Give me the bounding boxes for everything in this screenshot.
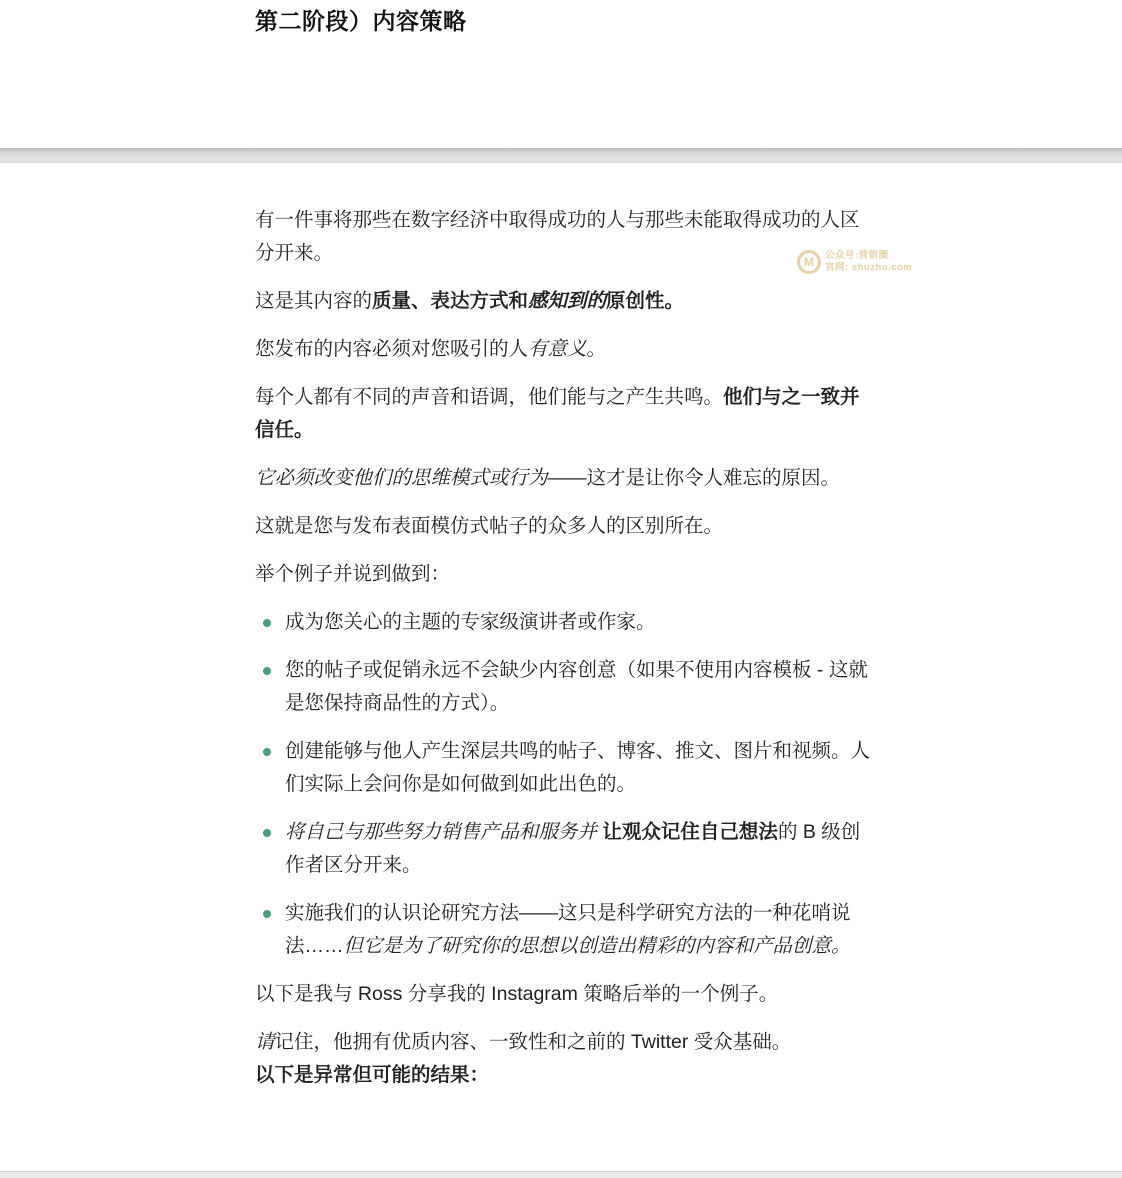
text-run: 有意义 xyxy=(528,338,587,360)
paragraph: 有一件事将那些在数字经济中取得成功的人与那些未能取得成功的人区分开来。 xyxy=(255,204,873,270)
page-divider xyxy=(0,148,1122,163)
page-divider-bottom xyxy=(0,1171,1122,1178)
section-heading: 第二阶段）内容策略 xyxy=(0,0,1122,36)
text-run: ——这才是让你令人难忘的原因。 xyxy=(548,467,841,489)
text-run: 它必须改变他们的思维模式或行为 xyxy=(255,467,548,489)
text-run: 成为您关心的主题的专家级演讲者或作家。 xyxy=(285,611,656,633)
text-run: 以下是异常但可能的结果： xyxy=(255,1064,489,1086)
text-run: 这是其内容的 xyxy=(255,290,372,312)
list-item: 创建能够与他人产生深层共鸣的帖子、博客、推文、图片和视频。人们实际上会问你是如何… xyxy=(255,735,873,801)
bullet-list: 成为您关心的主题的专家级演讲者或作家。 您的帖子或促销永远不会缺少内容创意（如果… xyxy=(255,606,873,963)
text-run: 创建能够与他人产生深层共鸣的帖子、博客、推文、图片和视频。人们实际上会问你是如何… xyxy=(285,740,870,795)
text-run: 请 xyxy=(255,1031,275,1053)
paragraph: 举个例子并说到做到： xyxy=(255,558,873,591)
paragraph: 以下是我与 Ross 分享我的 Instagram 策略后举的一个例子。 xyxy=(255,978,873,1011)
paragraph: 这是其内容的质量、表达方式和感知到的原创性。 xyxy=(255,285,873,318)
paragraph: 您发布的内容必须对您吸引的人有意义。 xyxy=(255,333,873,366)
text-run: 记住，他拥有优质内容、一致性和之前的 Twitter 受众基础。 xyxy=(275,1031,792,1053)
text-run: 您的帖子或促销永远不会缺少内容创意（如果不使用内容模板 - 这就是您保持商品性的… xyxy=(285,659,868,714)
paragraph: 请记住，他拥有优质内容、一致性和之前的 Twitter 受众基础。以下是异常但可… xyxy=(255,1026,873,1092)
text-run: 让观众记住自己想法 xyxy=(602,821,778,843)
list-item: 成为您关心的主题的专家级演讲者或作家。 xyxy=(255,606,873,639)
text-run: 质量、表达方式和 xyxy=(372,290,528,312)
text-run: 举个例子并说到做到： xyxy=(255,563,450,585)
text-run: 以下是我与 Ross 分享我的 Instagram 策略后举的一个例子。 xyxy=(255,983,778,1005)
text-run: 有一件事将那些在数字经济中取得成功的人与那些未能取得成功的人区分开来。 xyxy=(255,209,860,264)
paragraph: 这就是您与发布表面模仿式帖子的众多人的区别所在。 xyxy=(255,510,873,543)
list-item: 将自己与那些努力销售产品和服务并 让观众记住自己想法的 B 级创作者区分开来。 xyxy=(255,816,873,882)
paragraph: 每个人都有不同的声音和语调，他们能与之产生共鸣。他们与之一致并信任。 xyxy=(255,381,873,447)
list-item: 您的帖子或促销永远不会缺少内容创意（如果不使用内容模板 - 这就是您保持商品性的… xyxy=(255,654,873,720)
paragraph: 它必须改变他们的思维模式或行为——这才是让你令人难忘的原因。 xyxy=(255,462,873,495)
text-run: 但它是为了研究你的思想以创造出精彩的内容和产品创意。 xyxy=(344,935,851,957)
document-body: 有一件事将那些在数字经济中取得成功的人与那些未能取得成功的人区分开来。 这是其内… xyxy=(255,163,873,1092)
text-run: 将自己与那些努力销售产品和服务并 xyxy=(285,821,602,843)
previous-page-remnant: 第二阶段）内容策略 xyxy=(0,0,1122,148)
text-run: 您发布的内容必须对您吸引的人 xyxy=(255,338,528,360)
text-run: 原创性。 xyxy=(606,290,684,312)
text-run: 这就是您与发布表面模仿式帖子的众多人的区别所在。 xyxy=(255,515,723,537)
text-run: 每个人都有不同的声音和语调，他们能与之产生共鸣。 xyxy=(255,386,723,408)
text-run: 感知到的 xyxy=(528,290,606,312)
list-item: 实施我们的认识论研究方法——这只是科学研究方法的一种花哨说法……但它是为了研究你… xyxy=(255,897,873,963)
text-run: 。 xyxy=(587,338,607,360)
